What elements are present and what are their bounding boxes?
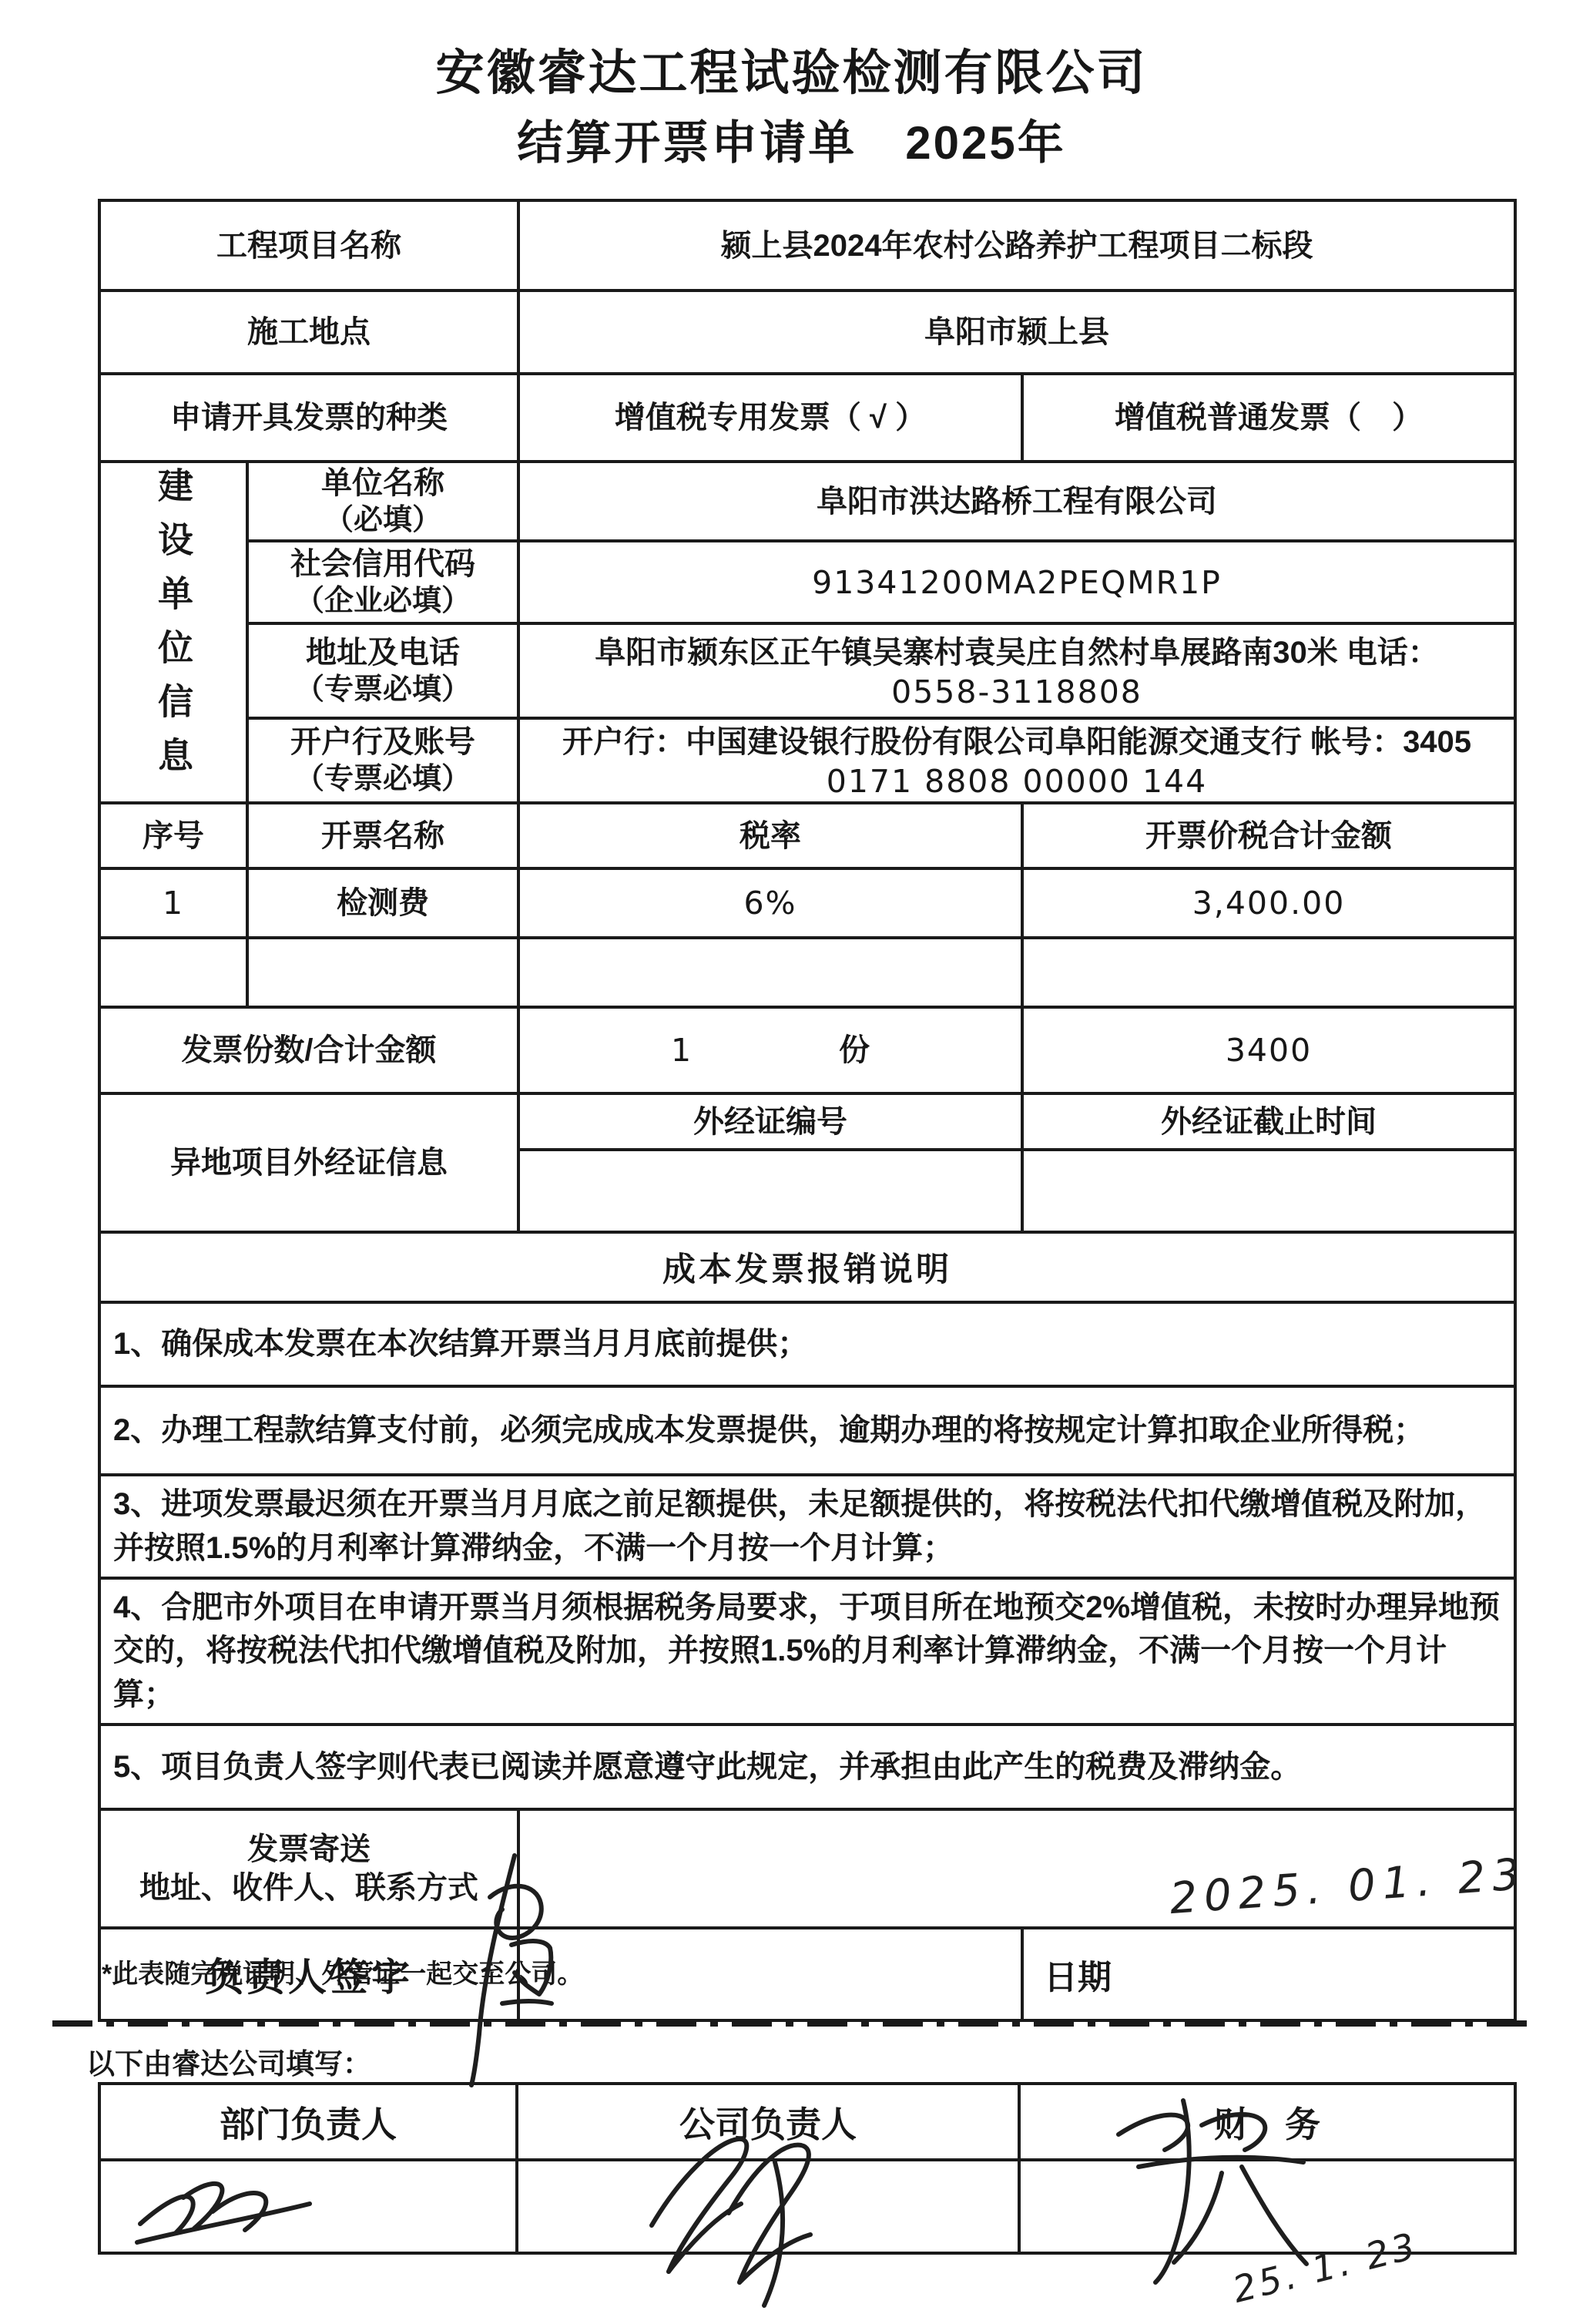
finance-sign-cell bbox=[1019, 2160, 1515, 2253]
items-header-no: 序号 bbox=[99, 803, 247, 868]
cert-end-header-text: 外经证截止时间 bbox=[1161, 1105, 1377, 1139]
items-header-rate: 税率 bbox=[518, 803, 1022, 868]
credit-code-value: 91341200MA2PEQMR1P bbox=[518, 541, 1515, 623]
project-name-value: 颍上县2024年农村公路养护工程项目二标段 bbox=[518, 200, 1515, 290]
cost-note-header: 成本发票报销说明 bbox=[99, 1232, 1515, 1302]
approval-table: 部门负责人 公司负责人 财 务 bbox=[98, 2082, 1517, 2255]
cost-note-item-2: 2、办理工程款结算支付前，必须完成成本发票提供，逾期办理的将按规定计算扣取企业所… bbox=[99, 1386, 1515, 1475]
count-label: 发票份数/合计金额 bbox=[99, 1007, 518, 1093]
credit-code-value-text: 91341200MA2PEQMR1P bbox=[812, 564, 1222, 601]
site-value-text: 阜阳市颍上县 bbox=[924, 315, 1109, 349]
cost-note-item-3: 3、进项发票最迟须在开票当月月底之前足额提供，未足额提供的，将按税法代扣代缴增值… bbox=[99, 1475, 1515, 1578]
item-empty-rate bbox=[518, 938, 1022, 1007]
item-empty-amount bbox=[1022, 938, 1515, 1007]
cost-note-item-4: 4、合肥市外项目在申请开票当月须根据税务局要求，于项目所在地预交2%增值税，未按… bbox=[99, 1578, 1515, 1725]
item-empty-name bbox=[247, 938, 518, 1007]
credit-code-label-sub: （企业必填） bbox=[249, 583, 517, 620]
company-head-sign-cell bbox=[517, 2160, 1019, 2253]
item-row-amount-text: 3,400.00 bbox=[1192, 885, 1346, 922]
count-unit: 份 bbox=[839, 1031, 870, 1070]
address-label-text: 地址及电话 bbox=[249, 633, 517, 672]
sign-area bbox=[518, 1928, 1022, 2020]
invoice-kind-label-text: 申请开具发票的种类 bbox=[170, 401, 448, 435]
address-value-line1: 阜阳市颍东区正午镇吴寨村袁吴庄自然村阜展路南30米 电话： bbox=[520, 632, 1514, 673]
items-header-amount: 开票价税合计金额 bbox=[1022, 803, 1515, 868]
cert-no-header-text: 外经证编号 bbox=[693, 1105, 847, 1139]
items-header-name: 开票名称 bbox=[247, 803, 518, 868]
cert-label-text: 异地项目外经证信息 bbox=[170, 1146, 448, 1180]
count-label-text: 发票份数/合计金额 bbox=[181, 1033, 436, 1067]
cost-note-item-1: 1、确保成本发票在本次结算开票当月月底前提供； bbox=[99, 1302, 1515, 1386]
item-row-rate: 6% bbox=[518, 868, 1022, 938]
delivery-label-line2: 地址、收件人、联系方式 bbox=[101, 1869, 517, 1907]
invoice-application-table: 工程项目名称 颍上县2024年农村公路养护工程项目二标段 施工地点 阜阳市颍上县… bbox=[98, 199, 1517, 2022]
cert-end-value bbox=[1022, 1150, 1515, 1232]
credit-code-label: 社会信用代码 （企业必填） bbox=[247, 541, 518, 623]
cert-no-header: 外经证编号 bbox=[518, 1093, 1022, 1150]
credit-code-label-text: 社会信用代码 bbox=[249, 545, 517, 583]
finance-header: 财 务 bbox=[1019, 2084, 1515, 2160]
cost-note-item-5: 5、项目负责人签字则代表已阅读并愿意遵守此规定，并承担由此产生的税费及滞纳金。 bbox=[99, 1725, 1515, 1809]
bank-value-line2: 0171 8808 00000 144 bbox=[520, 763, 1514, 800]
page-title: 安徽睿达工程试验检测有限公司 bbox=[0, 34, 1583, 104]
items-header-name-text: 开票名称 bbox=[321, 819, 444, 853]
address-value: 阜阳市颍东区正午镇吴寨村袁吴庄自然村阜展路南30米 电话： 0558-31188… bbox=[518, 623, 1515, 718]
count-value: 1 bbox=[671, 1032, 693, 1069]
project-name-label: 工程项目名称 bbox=[99, 200, 518, 290]
unit-name-label-text: 单位名称 bbox=[249, 464, 517, 502]
item-row-amount: 3,400.00 bbox=[1022, 868, 1515, 938]
invoice-kind-general: 增值税普通发票（ ） bbox=[1022, 374, 1515, 462]
date-label: 日期 bbox=[1044, 1959, 1112, 1997]
dept-head-sign-cell bbox=[99, 2160, 517, 2253]
address-label: 地址及电话 （专票必填） bbox=[247, 623, 518, 718]
item-row-rate-text: 6% bbox=[743, 885, 797, 922]
company-head-header: 公司负责人 bbox=[517, 2084, 1019, 2160]
count-total-text: 3400 bbox=[1226, 1032, 1312, 1069]
invoice-kind-label: 申请开具发票的种类 bbox=[99, 374, 518, 462]
item-empty-no bbox=[99, 938, 247, 1007]
bank-label-text: 开户行及账号 bbox=[249, 723, 517, 761]
site-value: 阜阳市颍上县 bbox=[518, 290, 1515, 374]
invoice-kind-general-text: 增值税普通发票（ ） bbox=[1115, 401, 1423, 435]
date-cell: 日期 bbox=[1022, 1928, 1515, 2020]
items-header-amount-text: 开票价税合计金额 bbox=[1145, 819, 1392, 853]
footnote: *此表随完税证明、外管证一起交至公司。 bbox=[102, 1953, 583, 1990]
cert-label: 异地项目外经证信息 bbox=[99, 1093, 518, 1232]
unit-name-label: 单位名称 （必填） bbox=[247, 462, 518, 541]
builder-group-label: 建设单位信息 bbox=[148, 467, 199, 791]
page-subtitle: 结算开票申请单 2025年 bbox=[0, 106, 1583, 173]
items-header-no-text: 序号 bbox=[143, 819, 204, 853]
cert-end-header: 外经证截止时间 bbox=[1022, 1093, 1515, 1150]
unit-name-label-sub: （必填） bbox=[249, 502, 517, 539]
unit-name-value-text: 阜阳市洪达路桥工程有限公司 bbox=[817, 485, 1217, 519]
count-total: 3400 bbox=[1022, 1007, 1515, 1093]
address-label-sub: （专票必填） bbox=[249, 672, 517, 709]
dept-head-header: 部门负责人 bbox=[99, 2084, 517, 2160]
invoice-kind-special-text: 增值税专用发票（ √ ） bbox=[615, 401, 926, 435]
item-row-name-text: 检测费 bbox=[337, 886, 429, 920]
address-value-line2: 0558-3118808 bbox=[520, 673, 1514, 710]
cut-dash-divider bbox=[52, 2020, 1531, 2027]
item-row-no-text: 1 bbox=[163, 885, 184, 922]
invoice-kind-special: 增值税专用发票（ √ ） bbox=[518, 374, 1022, 462]
items-header-rate-text: 税率 bbox=[740, 819, 801, 853]
cost-note-header-text: 成本发票报销说明 bbox=[662, 1251, 952, 1288]
project-name-value-text: 颍上县2024年农村公路养护工程项目二标段 bbox=[721, 229, 1313, 263]
project-name-label-text: 工程项目名称 bbox=[216, 229, 401, 263]
site-label: 施工地点 bbox=[99, 290, 518, 374]
item-row-no: 1 bbox=[99, 868, 247, 938]
company-fill-note: 以下由睿达公司填写： bbox=[86, 2040, 371, 2082]
builder-group-cell: 建设单位信息 bbox=[99, 462, 247, 803]
site-label-text: 施工地点 bbox=[247, 315, 371, 349]
bank-label: 开户行及账号 （专票必填） bbox=[247, 718, 518, 803]
cert-no-value bbox=[518, 1150, 1022, 1232]
bank-value-line1: 开户行：中国建设银行股份有限公司阜阳能源交通支行 帐号：3405 bbox=[520, 721, 1514, 763]
bank-label-sub: （专票必填） bbox=[249, 761, 517, 798]
scanned-form-page: 安徽睿达工程试验检测有限公司 结算开票申请单 2025年 工程项目名称 颍上县2… bbox=[0, 0, 1583, 2324]
bank-value: 开户行：中国建设银行股份有限公司阜阳能源交通支行 帐号：3405 0171 88… bbox=[518, 718, 1515, 803]
delivery-label-line1: 发票寄送 bbox=[101, 1830, 517, 1869]
unit-name-value: 阜阳市洪达路桥工程有限公司 bbox=[518, 462, 1515, 541]
count-value-cell: 1 份 bbox=[518, 1007, 1022, 1093]
delivery-label: 发票寄送 地址、收件人、联系方式 bbox=[99, 1809, 518, 1928]
item-row-name: 检测费 bbox=[247, 868, 518, 938]
